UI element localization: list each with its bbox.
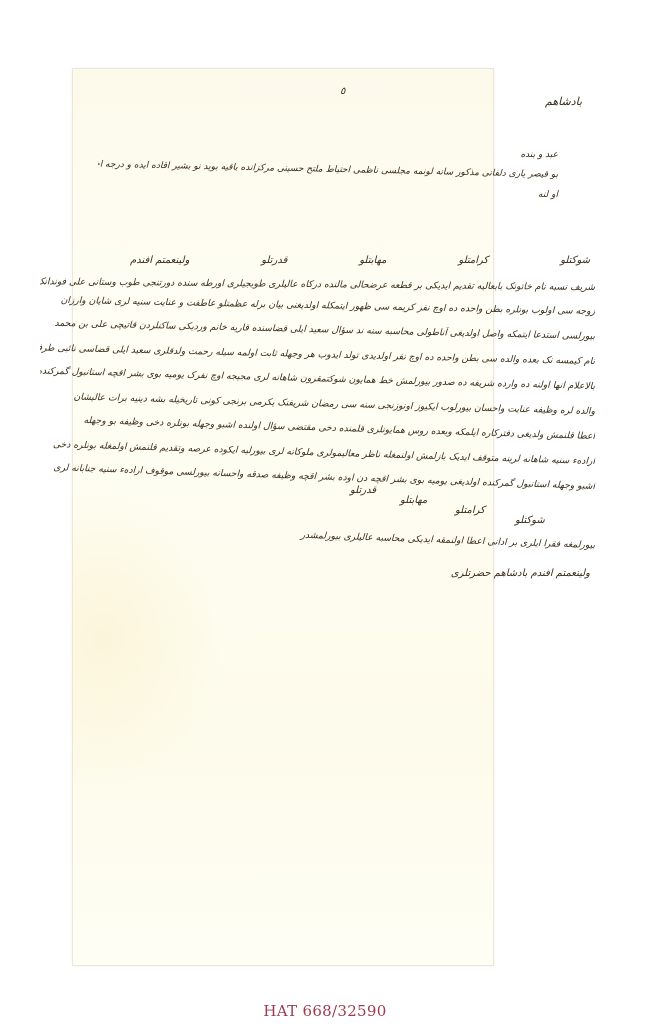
title-word: شوکتلو [560, 255, 590, 266]
honorific-titles: شوکتلو کرامتلو مهابتلو قدرتلو ولینعمتم ا… [130, 255, 590, 266]
heading-line-3: او لنه [538, 190, 558, 200]
closing-line: ولینعمتم افندم بادشاهم حضرتلری [451, 568, 590, 579]
heading-line-1: عبد و بنده [520, 150, 558, 160]
inline-title: قدرتلو [350, 485, 376, 496]
inline-title: مهابتلو [400, 495, 427, 506]
document-page [72, 68, 494, 966]
page-mark: ٥ [340, 86, 345, 97]
title-word: ولینعمتم افندم [130, 255, 189, 266]
title-word: قدرتلو [261, 255, 287, 266]
corner-note: بادشاهم [545, 95, 582, 108]
archive-reference: HAT 668/32590 [0, 1002, 650, 1020]
inline-title: کرامتلو [455, 505, 485, 516]
inline-title: شوکتلو [515, 515, 545, 526]
title-word: مهابتلو [359, 255, 386, 266]
title-word: کرامتلو [458, 255, 488, 266]
